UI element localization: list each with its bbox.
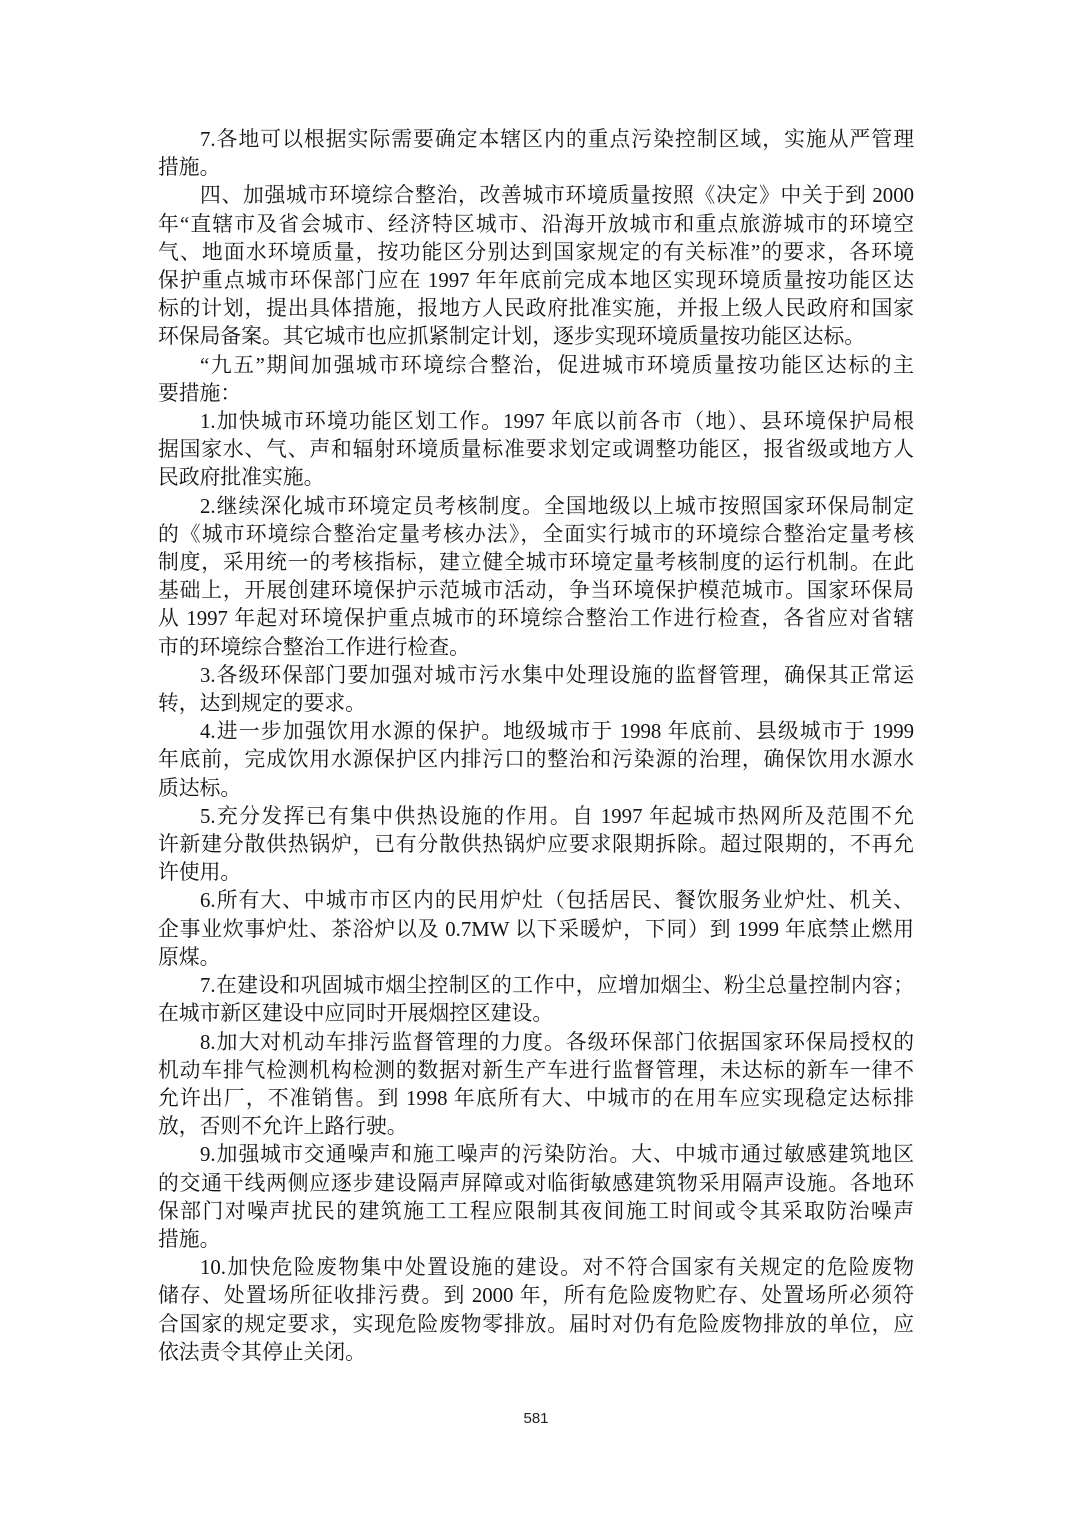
paragraph: 7.各地可以根据实际需要确定本辖区内的重点污染控制区域，实施从严管理措施。: [158, 126, 914, 182]
text-line: 民政府批准实施。: [158, 464, 914, 492]
document-page: 7.各地可以根据实际需要确定本辖区内的重点污染控制区域，实施从严管理措施。四、加…: [0, 0, 1074, 1520]
text-line: “九五”期间加强城市环境综合整治，促进城市环境质量按功能区达标的主: [158, 352, 914, 380]
text-line: 标的计划，提出具体措施，报地方人民政府批准实施，并报上级人民政府和国家: [158, 295, 914, 323]
text-line: 据国家水、气、声和辐射环境质量标准要求划定或调整功能区，报省级或地方人: [158, 436, 914, 464]
text-line: 2.继续深化城市环境定员考核制度。全国地级以上城市按照国家环保局制定: [158, 493, 914, 521]
text-line: 9.加强城市交通噪声和施工噪声的污染防治。大、中城市通过敏感建筑地区: [158, 1141, 914, 1169]
paragraph: 9.加强城市交通噪声和施工噪声的污染防治。大、中城市通过敏感建筑地区的交通干线两…: [158, 1141, 914, 1254]
text-line: 保护重点城市环保部门应在 1997 年年底前完成本地区实现环境质量按功能区达: [158, 267, 914, 295]
text-line: 市的环境综合整治工作进行检查。: [158, 634, 914, 662]
text-line: 6.所有大、中城市市区内的民用炉灶（包括居民、餐饮服务业炉灶、机关、: [158, 887, 914, 915]
text-line: 环保局备案。其它城市也应抓紧制定计划，逐步实现环境质量按功能区达标。: [158, 323, 914, 351]
text-line: 7.各地可以根据实际需要确定本辖区内的重点污染控制区域，实施从严管理: [158, 126, 914, 154]
text-line: 制度，采用统一的考核指标，建立健全城市环境定量考核制度的运行机制。在此: [158, 549, 914, 577]
text-line: 5.充分发挥已有集中供热设施的作用。自 1997 年起城市热网所及范围不允: [158, 803, 914, 831]
text-line: 8.加大对机动车排污监督管理的力度。各级环保部门依据国家环保局授权的: [158, 1029, 914, 1057]
text-line: 机动车排气检测机构检测的数据对新生产车进行监督管理，未达标的新车一律不: [158, 1057, 914, 1085]
paragraph: 7.在建设和巩固城市烟尘控制区的工作中，应增加烟尘、粉尘总量控制内容；在城市新区…: [158, 972, 914, 1028]
paragraph: “九五”期间加强城市环境综合整治，促进城市环境质量按功能区达标的主要措施：: [158, 352, 914, 408]
text-line: 放，否则不允许上路行驶。: [158, 1113, 914, 1141]
paragraph: 4.进一步加强饮用水源的保护。地级城市于 1998 年底前、县级城市于 1999…: [158, 718, 914, 803]
text-line: 要措施：: [158, 380, 914, 408]
paragraph: 10.加快危险废物集中处置设施的建设。对不符合国家有关规定的危险废物储存、处置场…: [158, 1254, 914, 1367]
text-line: 依法责令其停止关闭。: [158, 1339, 914, 1367]
paragraph: 2.继续深化城市环境定员考核制度。全国地级以上城市按照国家环保局制定的《城市环境…: [158, 493, 914, 662]
text-line: 年“直辖市及省会城市、经济特区城市、沿海开放城市和重点旅游城市的环境空: [158, 211, 914, 239]
text-line: 从 1997 年起对环境保护重点城市的环境综合整治工作进行检查，各省应对省辖: [158, 605, 914, 633]
text-line: 气、地面水环境质量，按功能区分别达到国家规定的有关标准”的要求，各环境: [158, 239, 914, 267]
paragraph: 四、加强城市环境综合整治，改善城市环境质量按照《决定》中关于到 2000年“直辖…: [158, 182, 914, 351]
page-number: 581: [158, 1410, 914, 1427]
text-line: 合国家的规定要求，实现危险废物零排放。届时对仍有危险废物排放的单位，应: [158, 1311, 914, 1339]
text-line: 转，达到规定的要求。: [158, 690, 914, 718]
paragraph: 8.加大对机动车排污监督管理的力度。各级环保部门依据国家环保局授权的机动车排气检…: [158, 1029, 914, 1142]
text-line: 基础上，开展创建环境保护示范城市活动，争当环境保护模范城市。国家环保局: [158, 577, 914, 605]
text-line: 3.各级环保部门要加强对城市污水集中处理设施的监督管理，确保其正常运: [158, 662, 914, 690]
text-line: 1.加快城市环境功能区划工作。1997 年底以前各市（地）、县环境保护局根: [158, 408, 914, 436]
paragraph: 6.所有大、中城市市区内的民用炉灶（包括居民、餐饮服务业炉灶、机关、企事业炊事炉…: [158, 887, 914, 972]
text-line: 的《城市环境综合整治定量考核办法》，全面实行城市的环境综合整治定量考核: [158, 521, 914, 549]
text-line: 储存、处置场所征收排污费。到 2000 年，所有危险废物贮存、处置场所必须符: [158, 1282, 914, 1310]
text-line: 7.在建设和巩固城市烟尘控制区的工作中，应增加烟尘、粉尘总量控制内容；: [158, 972, 914, 1000]
text-line: 允许出厂，不准销售。到 1998 年底所有大、中城市的在用车应实现稳定达标排: [158, 1085, 914, 1113]
text-line: 许新建分散供热锅炉，已有分散供热锅炉应要求限期拆除。超过限期的，不再允: [158, 831, 914, 859]
text-line: 措施。: [158, 154, 914, 182]
text-line: 的交通干线两侧应逐步建设隔声屏障或对临街敏感建筑物采用隔声设施。各地环: [158, 1170, 914, 1198]
text-line: 四、加强城市环境综合整治，改善城市环境质量按照《决定》中关于到 2000: [158, 182, 914, 210]
text-line: 企事业炊事炉灶、茶浴炉以及 0.7MW 以下采暖炉，下同）到 1999 年底禁止…: [158, 916, 914, 944]
text-line: 措施。: [158, 1226, 914, 1254]
paragraph: 1.加快城市环境功能区划工作。1997 年底以前各市（地）、县环境保护局根据国家…: [158, 408, 914, 493]
text-line: 质达标。: [158, 775, 914, 803]
text-line: 在城市新区建设中应同时开展烟控区建设。: [158, 1000, 914, 1028]
document-body: 7.各地可以根据实际需要确定本辖区内的重点污染控制区域，实施从严管理措施。四、加…: [158, 126, 914, 1367]
text-line: 年底前，完成饮用水源保护区内排污口的整治和污染源的治理，确保饮用水源水: [158, 746, 914, 774]
text-line: 原煤。: [158, 944, 914, 972]
paragraph: 3.各级环保部门要加强对城市污水集中处理设施的监督管理，确保其正常运转，达到规定…: [158, 662, 914, 718]
paragraph: 5.充分发挥已有集中供热设施的作用。自 1997 年起城市热网所及范围不允许新建…: [158, 803, 914, 888]
text-line: 10.加快危险废物集中处置设施的建设。对不符合国家有关规定的危险废物: [158, 1254, 914, 1282]
text-line: 保部门对噪声扰民的建筑施工工程应限制其夜间施工时间或令其采取防治噪声: [158, 1198, 914, 1226]
text-line: 4.进一步加强饮用水源的保护。地级城市于 1998 年底前、县级城市于 1999: [158, 718, 914, 746]
text-line: 许使用。: [158, 859, 914, 887]
